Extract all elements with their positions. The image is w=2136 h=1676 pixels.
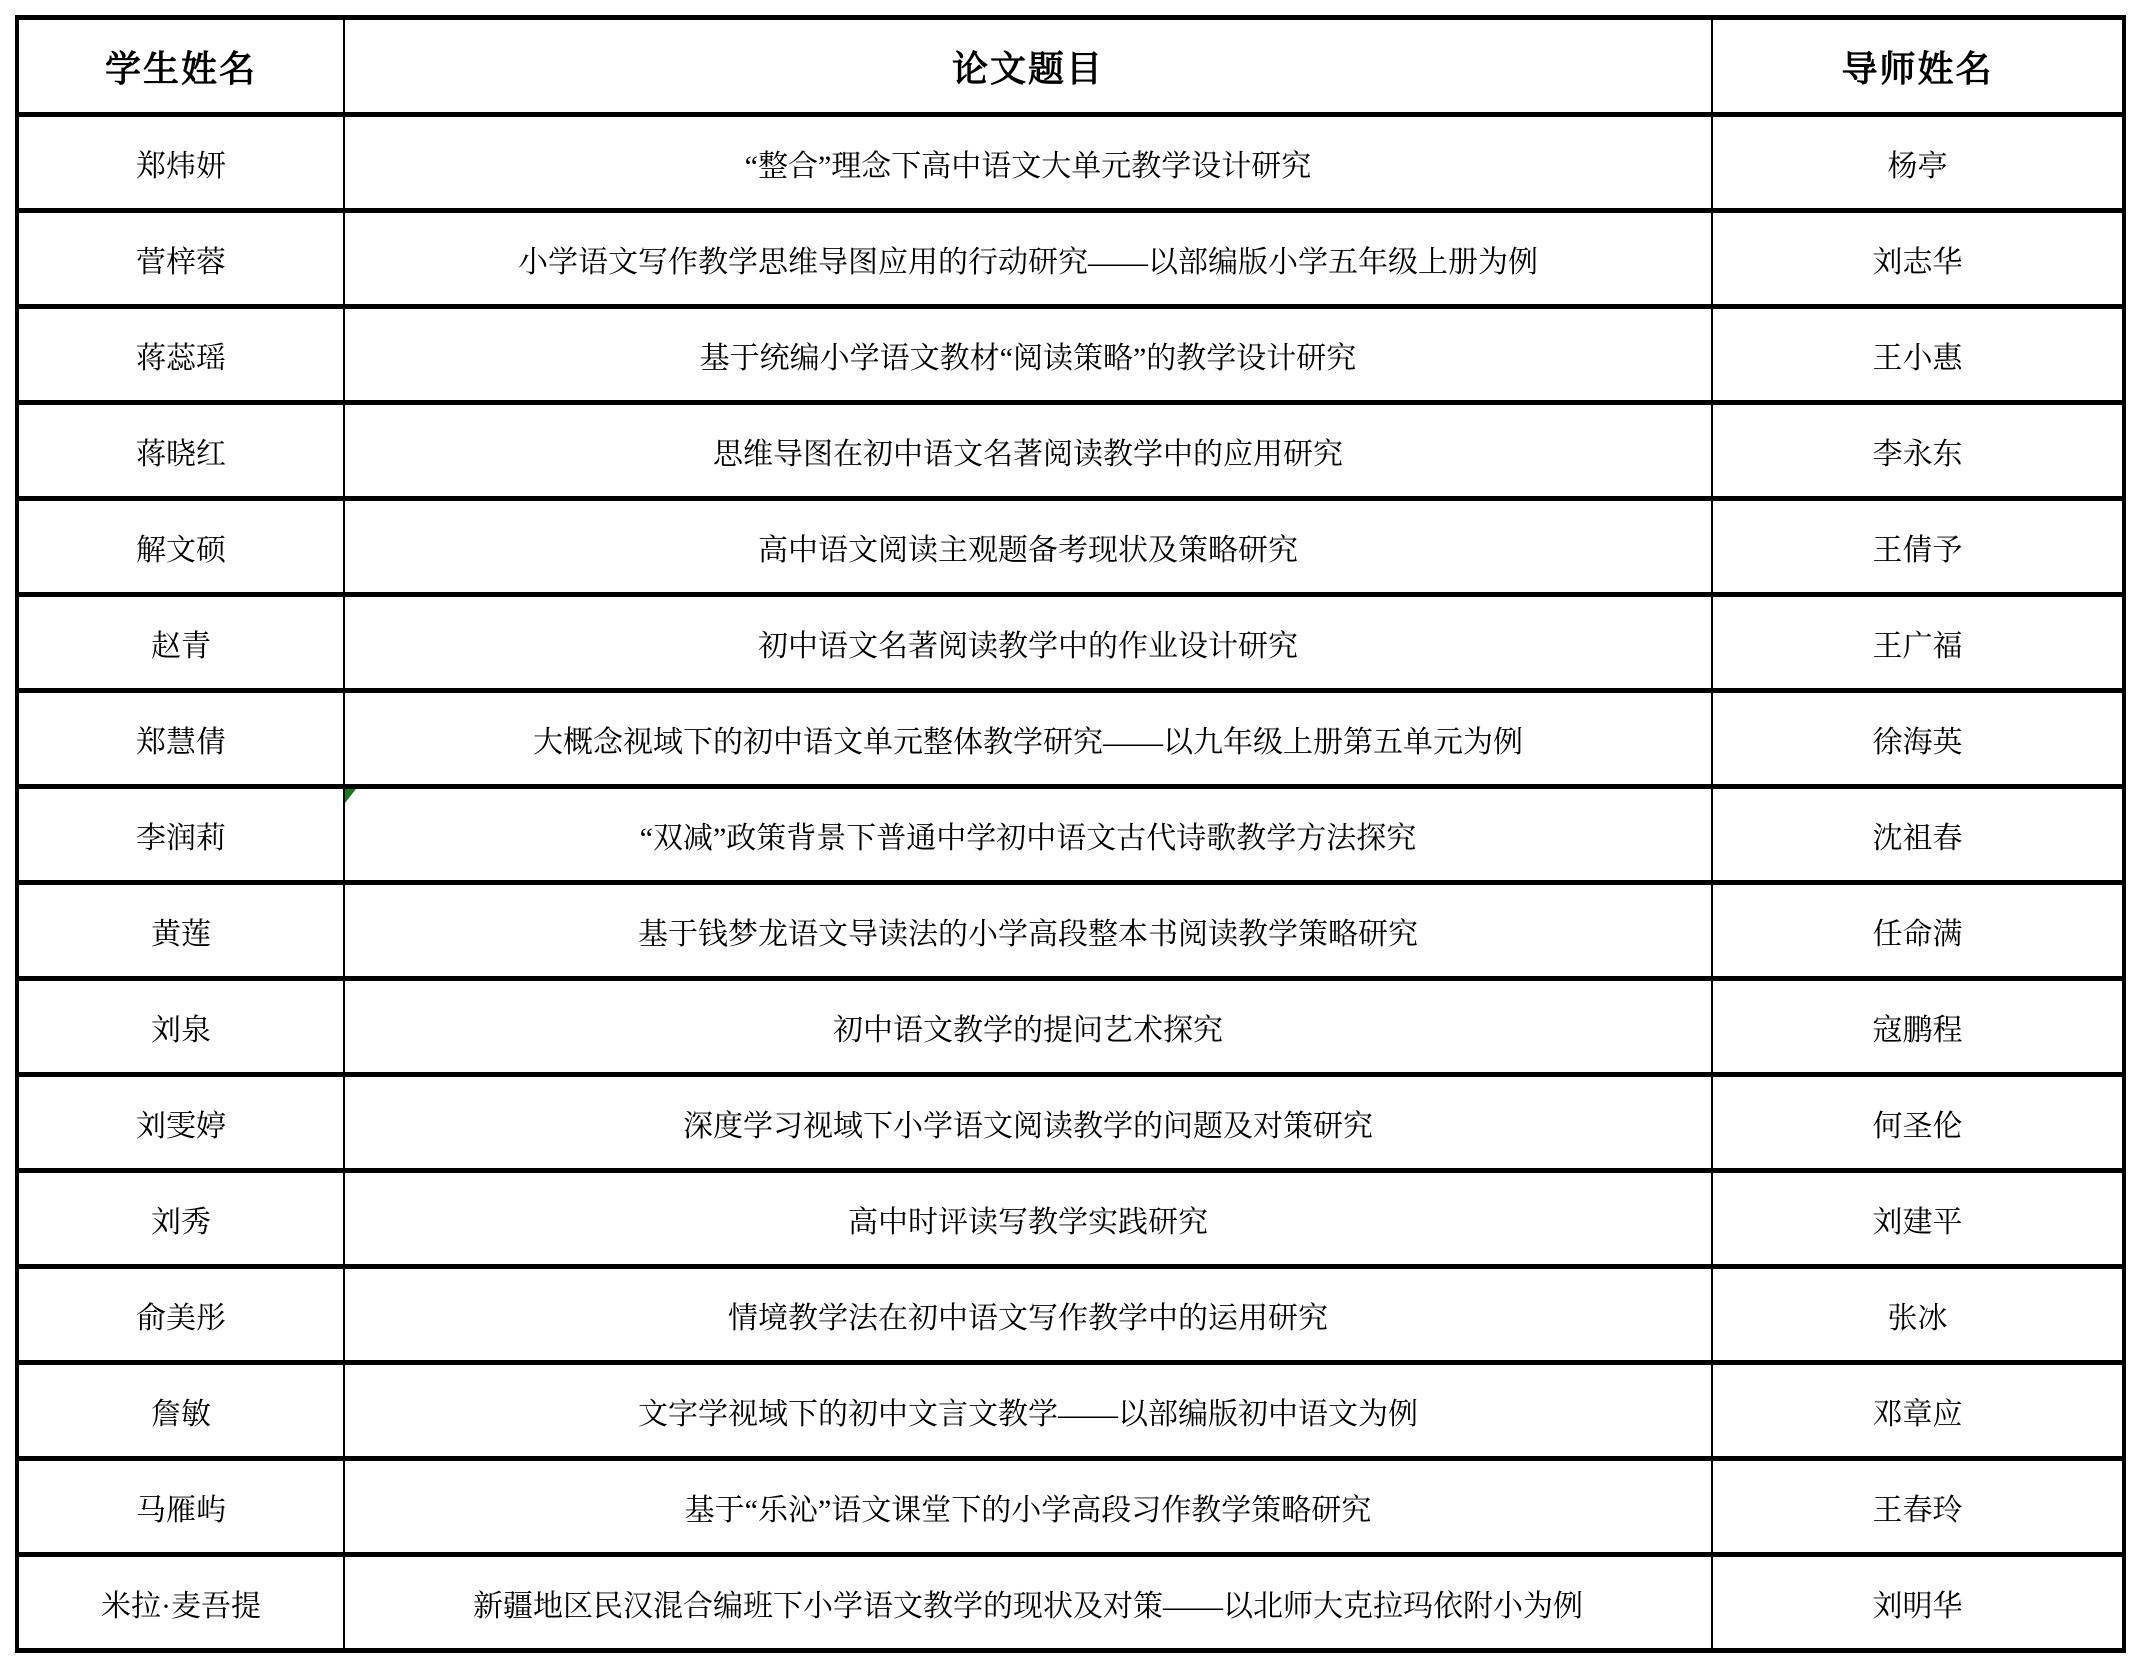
student-name-cell: 马雁屿 (17, 1459, 344, 1555)
student-name-cell: 刘雯婷 (17, 1075, 344, 1171)
table-body: 郑炜妍 “整合”理念下高中语文大单元教学设计研究 杨亭 菅梓蓉 小学语文写作教学… (17, 115, 2124, 1651)
thesis-title-cell: 小学语文写作教学思维导图应用的行动研究——以部编版小学五年级上册为例 (344, 211, 1712, 307)
table-row: 马雁屿 基于“乐沁”语文课堂下的小学高段习作教学策略研究 王春玲 (17, 1459, 2124, 1555)
student-name-cell: 刘泉 (17, 979, 344, 1075)
thesis-title-cell: 基于统编小学语文教材“阅读策略”的教学设计研究 (344, 307, 1712, 403)
table-row: 赵青 初中语文名著阅读教学中的作业设计研究 王广福 (17, 595, 2124, 691)
thesis-title-cell: 初中语文名著阅读教学中的作业设计研究 (344, 595, 1712, 691)
student-name-cell: 俞美彤 (17, 1267, 344, 1363)
thesis-title-cell: “整合”理念下高中语文大单元教学设计研究 (344, 115, 1712, 211)
table-row: 解文硕 高中语文阅读主观题备考现状及策略研究 王倩予 (17, 499, 2124, 595)
advisor-name-cell: 张冰 (1712, 1267, 2124, 1363)
student-name-cell: 米拉·麦吾提 (17, 1555, 344, 1651)
thesis-title-cell: “双减”政策背景下普通中学初中语文古代诗歌教学方法探究 (344, 787, 1712, 883)
thesis-title-cell: 情境教学法在初中语文写作教学中的运用研究 (344, 1267, 1712, 1363)
student-name-cell: 黄莲 (17, 883, 344, 979)
advisor-name-cell: 刘建平 (1712, 1171, 2124, 1267)
thesis-title-cell: 基于“乐沁”语文课堂下的小学高段习作教学策略研究 (344, 1459, 1712, 1555)
student-name-cell: 詹敏 (17, 1363, 344, 1459)
thesis-title-cell: 初中语文教学的提问艺术探究 (344, 979, 1712, 1075)
table-row: 刘泉 初中语文教学的提问艺术探究 寇鹏程 (17, 979, 2124, 1075)
thesis-title-cell: 文字学视域下的初中文言文教学——以部编版初中语文为例 (344, 1363, 1712, 1459)
advisor-name-cell: 李永东 (1712, 403, 2124, 499)
student-name-cell: 郑慧倩 (17, 691, 344, 787)
advisor-name-cell: 杨亭 (1712, 115, 2124, 211)
advisor-name-cell: 任命满 (1712, 883, 2124, 979)
thesis-title-cell: 新疆地区民汉混合编班下小学语文教学的现状及对策——以北师大克拉玛依附小为例 (344, 1555, 1712, 1651)
table-row: 俞美彤 情境教学法在初中语文写作教学中的运用研究 张冰 (17, 1267, 2124, 1363)
advisor-name-cell: 邓章应 (1712, 1363, 2124, 1459)
student-name-cell: 蒋晓红 (17, 403, 344, 499)
student-name-cell: 刘秀 (17, 1171, 344, 1267)
table-row: 刘秀 高中时评读写教学实践研究 刘建平 (17, 1171, 2124, 1267)
advisor-name-cell: 王春玲 (1712, 1459, 2124, 1555)
document-page: 学生姓名 论文题目 导师姓名 郑炜妍 “整合”理念下高中语文大单元教学设计研究 … (0, 0, 2136, 1676)
student-name-cell: 蒋蕊瑶 (17, 307, 344, 403)
header-student-name: 学生姓名 (17, 18, 344, 115)
thesis-title-cell: 基于钱梦龙语文导读法的小学高段整本书阅读教学策略研究 (344, 883, 1712, 979)
thesis-title-cell: 高中语文阅读主观题备考现状及策略研究 (344, 499, 1712, 595)
table-row: 詹敏 文字学视域下的初中文言文教学——以部编版初中语文为例 邓章应 (17, 1363, 2124, 1459)
advisor-name-cell: 何圣伦 (1712, 1075, 2124, 1171)
thesis-title-cell: 高中时评读写教学实践研究 (344, 1171, 1712, 1267)
student-name-cell: 赵青 (17, 595, 344, 691)
student-name-cell: 李润莉 (17, 787, 344, 883)
table-row: 蒋晓红 思维导图在初中语文名著阅读教学中的应用研究 李永东 (17, 403, 2124, 499)
table-row: 刘雯婷 深度学习视域下小学语文阅读教学的问题及对策研究 何圣伦 (17, 1075, 2124, 1171)
table-row: 菅梓蓉 小学语文写作教学思维导图应用的行动研究——以部编版小学五年级上册为例 刘… (17, 211, 2124, 307)
thesis-title-cell: 大概念视域下的初中语文单元整体教学研究——以九年级上册第五单元为例 (344, 691, 1712, 787)
advisor-name-cell: 寇鹏程 (1712, 979, 2124, 1075)
thesis-table: 学生姓名 论文题目 导师姓名 郑炜妍 “整合”理念下高中语文大单元教学设计研究 … (15, 15, 2126, 1653)
table-row: 黄莲 基于钱梦龙语文导读法的小学高段整本书阅读教学策略研究 任命满 (17, 883, 2124, 979)
thesis-title-cell: 思维导图在初中语文名著阅读教学中的应用研究 (344, 403, 1712, 499)
advisor-name-cell: 刘明华 (1712, 1555, 2124, 1651)
student-name-cell: 解文硕 (17, 499, 344, 595)
advisor-name-cell: 沈祖春 (1712, 787, 2124, 883)
thesis-title-cell: 深度学习视域下小学语文阅读教学的问题及对策研究 (344, 1075, 1712, 1171)
student-name-cell: 菅梓蓉 (17, 211, 344, 307)
advisor-name-cell: 刘志华 (1712, 211, 2124, 307)
advisor-name-cell: 王倩予 (1712, 499, 2124, 595)
table-row: 郑慧倩 大概念视域下的初中语文单元整体教学研究——以九年级上册第五单元为例 徐海… (17, 691, 2124, 787)
student-name-cell: 郑炜妍 (17, 115, 344, 211)
table-row: 李润莉 “双减”政策背景下普通中学初中语文古代诗歌教学方法探究 沈祖春 (17, 787, 2124, 883)
advisor-name-cell: 王广福 (1712, 595, 2124, 691)
advisor-name-cell: 徐海英 (1712, 691, 2124, 787)
comment-marker (345, 789, 356, 803)
table-header-row: 学生姓名 论文题目 导师姓名 (17, 18, 2124, 115)
header-advisor-name: 导师姓名 (1712, 18, 2124, 115)
table-row: 郑炜妍 “整合”理念下高中语文大单元教学设计研究 杨亭 (17, 115, 2124, 211)
table-row: 蒋蕊瑶 基于统编小学语文教材“阅读策略”的教学设计研究 王小惠 (17, 307, 2124, 403)
header-thesis-title: 论文题目 (344, 18, 1712, 115)
table-row: 米拉·麦吾提 新疆地区民汉混合编班下小学语文教学的现状及对策——以北师大克拉玛依… (17, 1555, 2124, 1651)
advisor-name-cell: 王小惠 (1712, 307, 2124, 403)
